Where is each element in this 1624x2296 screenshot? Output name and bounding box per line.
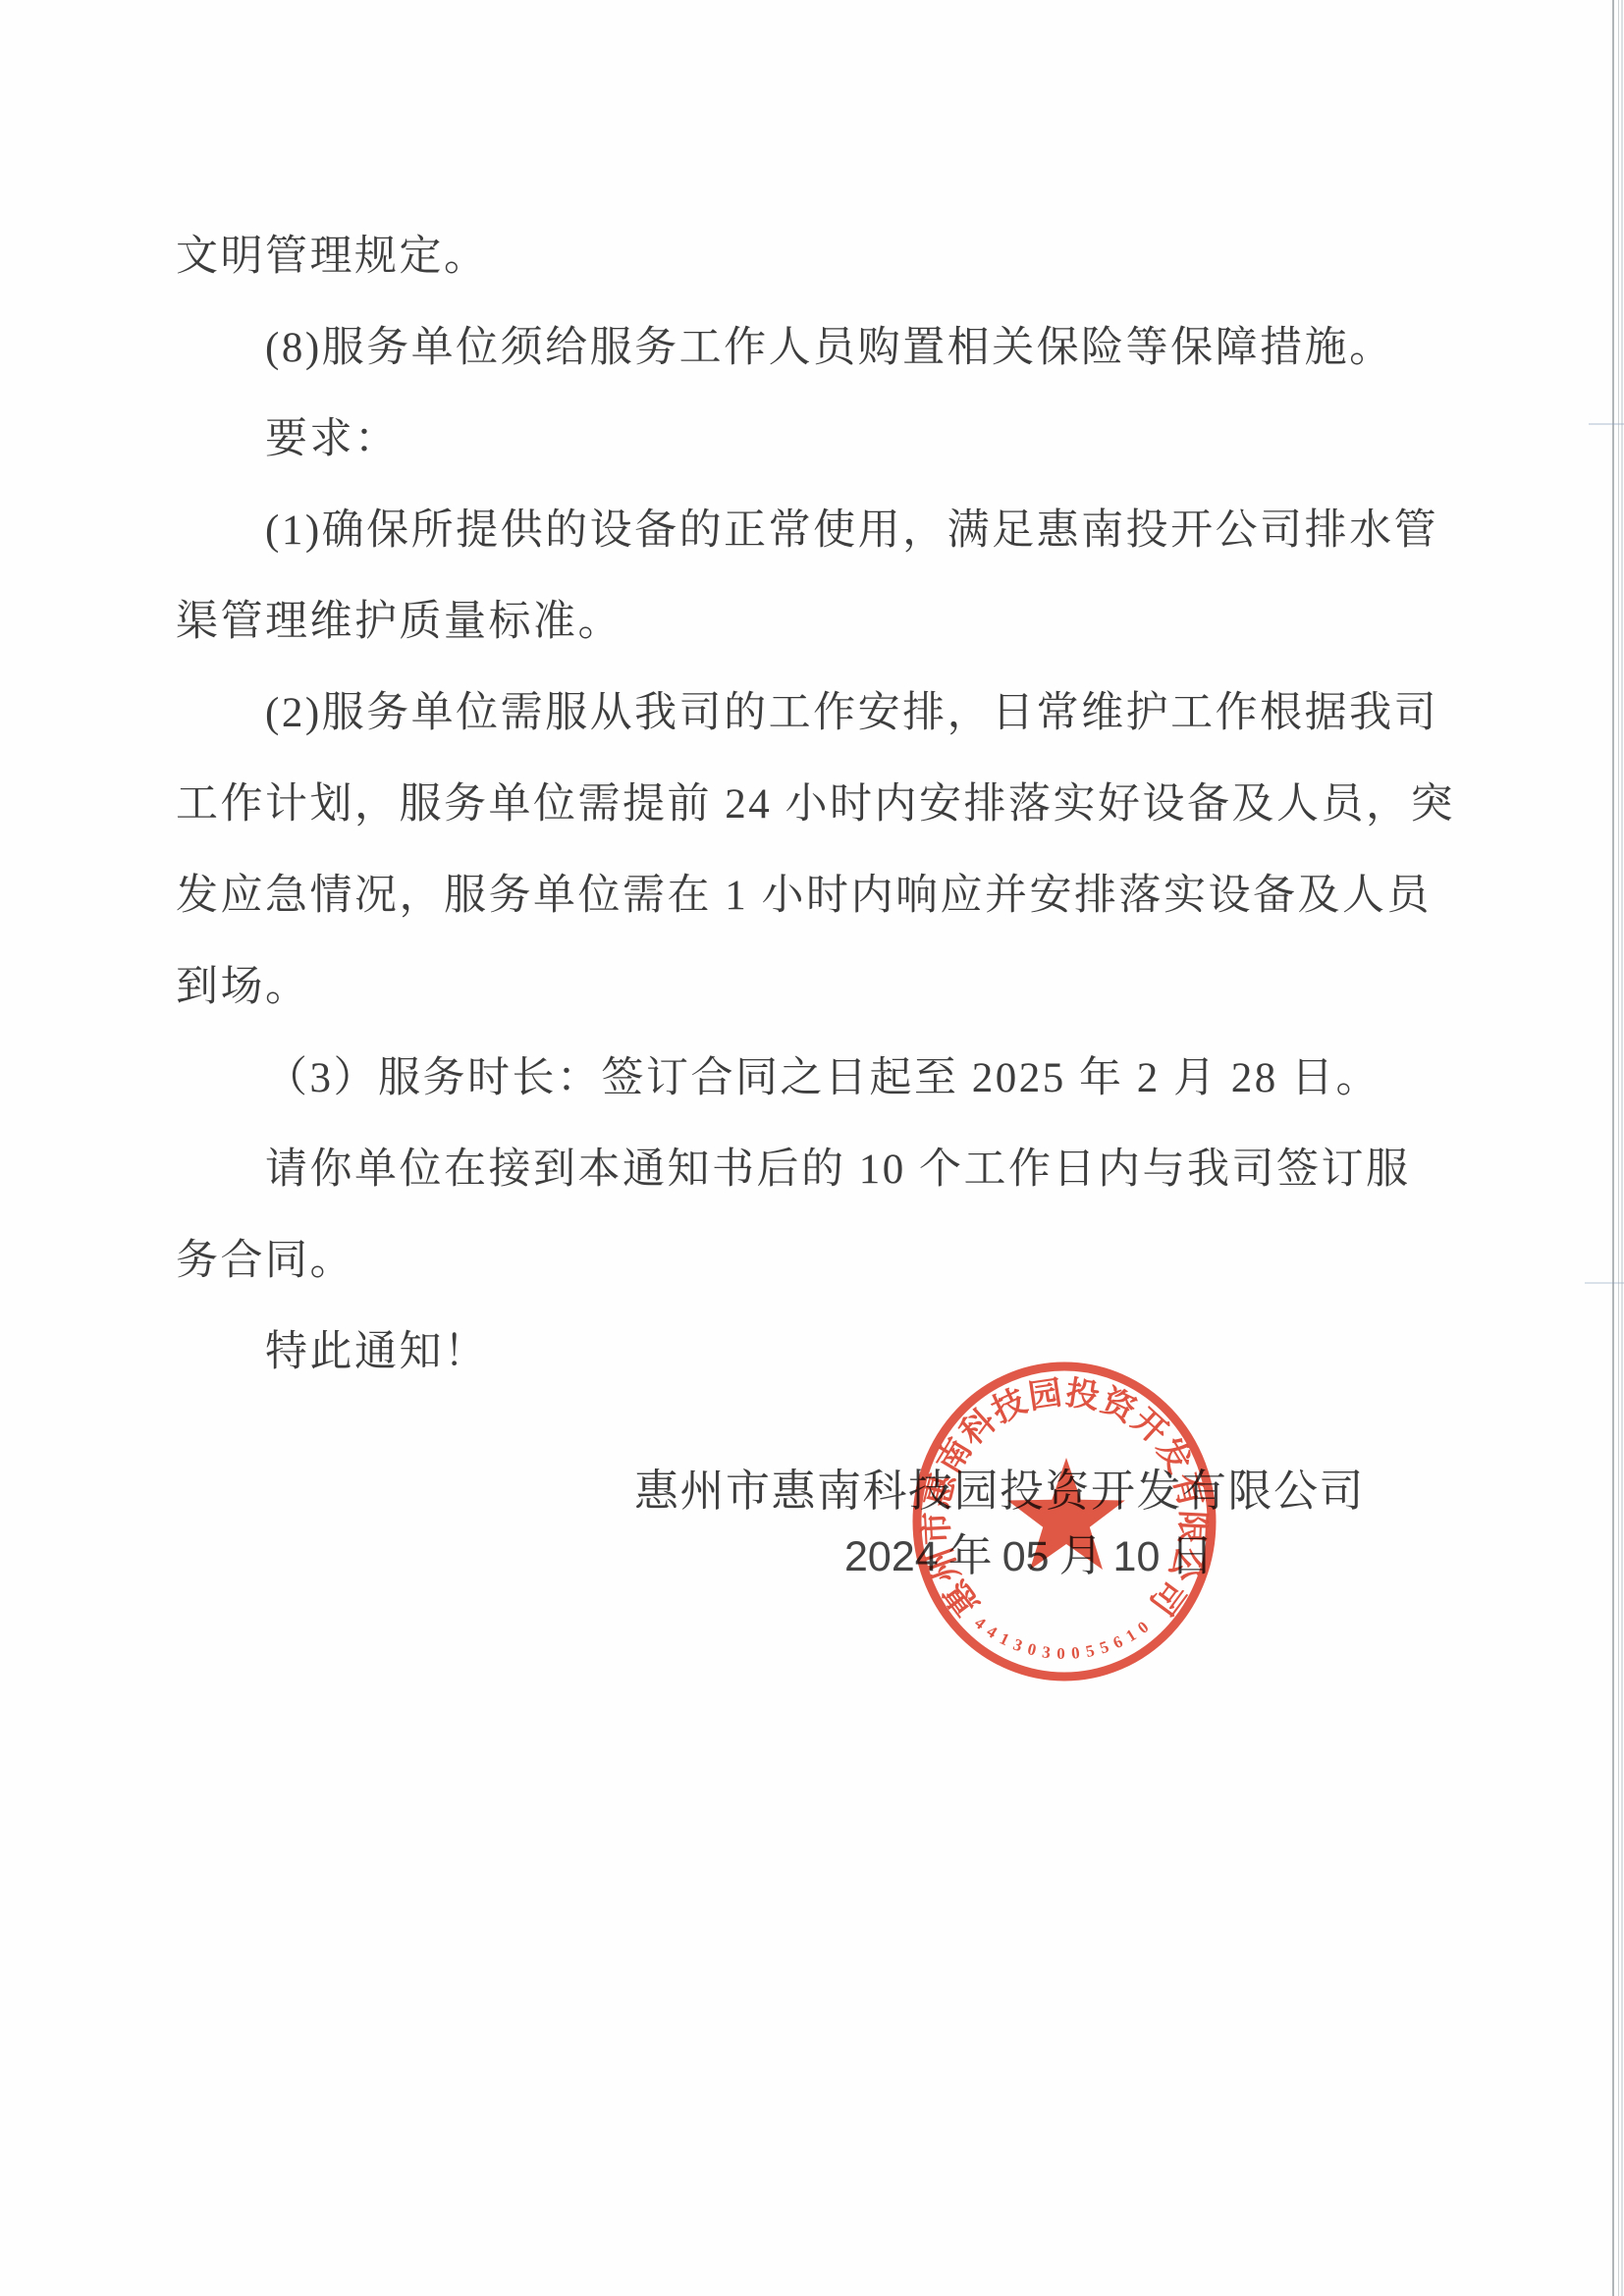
body-line: (2)服务单位需服从我司的工作安排，日常维护工作根据我司 — [176, 667, 1421, 759]
scanned-notice-page: 文明管理规定。(8)服务单位须给服务工作人员购置相关保险等保障措施。要求：(1)… — [0, 0, 1624, 2296]
body-line: 发应急情况，服务单位需在 1 小时内响应并安排落实设备及人员 — [176, 850, 1421, 941]
scan-artifact — [1585, 1282, 1624, 1284]
body-line: 工作计划，服务单位需提前 24 小时内安排落实好设备及人员，突 — [176, 759, 1421, 850]
body-line: 特此通知！ — [176, 1307, 1421, 1398]
body-line: 要求： — [176, 394, 1421, 485]
body-line: (8)服务单位须给服务工作人员购置相关保险等保障措施。 — [176, 302, 1421, 394]
body-line: 务合同。 — [176, 1215, 1421, 1307]
scan-edge-line — [1621, 0, 1623, 2296]
company-seal: 惠州市惠南科技园投资开发有限公司 4413030055610 — [897, 1347, 1231, 1700]
scan-edge-line — [1618, 0, 1619, 2296]
scan-edge-line — [1612, 0, 1614, 2296]
notice-body: 文明管理规定。(8)服务单位须给服务工作人员购置相关保险等保障措施。要求：(1)… — [176, 211, 1421, 1398]
body-line: 到场。 — [176, 941, 1421, 1033]
scan-artifact — [1589, 423, 1624, 425]
body-line: 渠管理维护质量标准。 — [176, 576, 1421, 667]
body-line: (1)确保所提供的设备的正常使用，满足惠南投开公司排水管 — [176, 485, 1421, 576]
body-line: 请你单位在接到本通知书后的 10 个工作日内与我司签订服 — [176, 1124, 1421, 1215]
svg-text:4413030055610: 4413030055610 — [971, 1613, 1158, 1662]
body-line: 文明管理规定。 — [176, 211, 1421, 302]
body-line: （3）服务时长：签订合同之日起至 2025 年 2 月 28 日。 — [176, 1033, 1421, 1124]
star-icon — [1007, 1458, 1125, 1570]
seal-code-number: 4413030055610 — [971, 1613, 1158, 1662]
